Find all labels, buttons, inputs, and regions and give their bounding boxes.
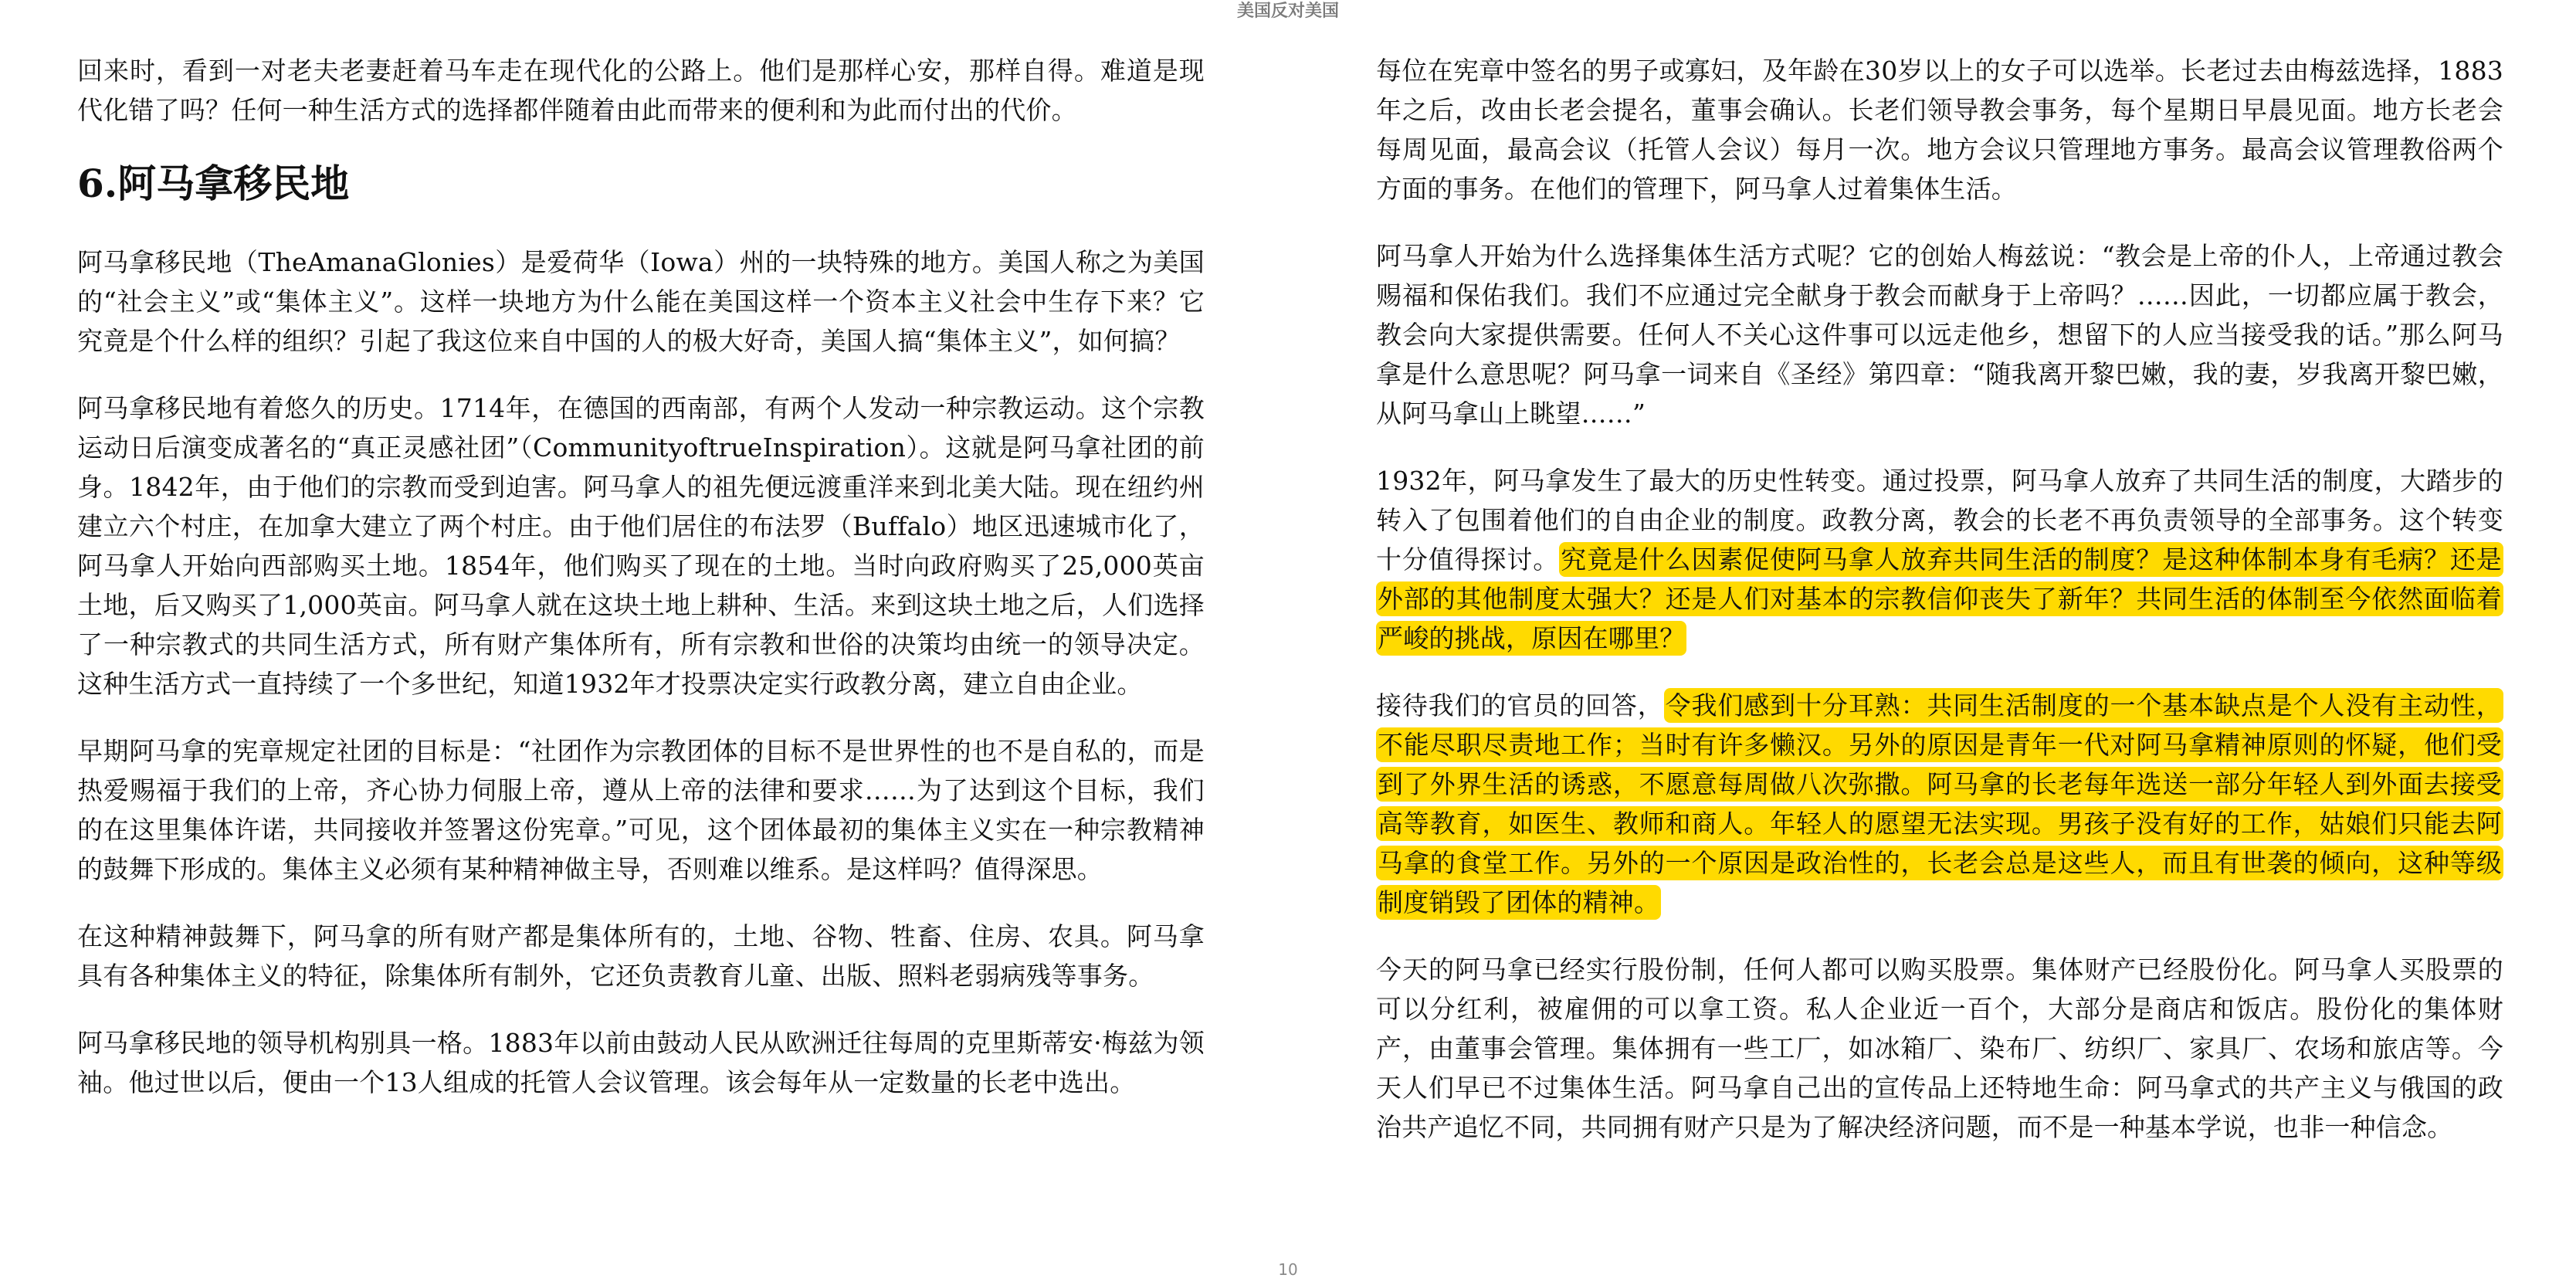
intro-paragraph: 回来时，看到一对老夫老妻赶着马车走在现代化的公路上。他们是那样心安，那样自得。难…: [77, 51, 1205, 130]
paragraph-text: 阿马拿人开始为什么选择集体生活方式呢？它的创始人梅兹说：“教会是上帝的仆人，上帝…: [1376, 241, 2503, 429]
paragraph-text: 每位在宪章中签名的男子或寡妇，及年龄在30岁以上的女子可以选举。长老过去由梅兹选…: [1376, 56, 2503, 204]
running-header: 美国反对美国: [0, 0, 2576, 23]
paragraph: 早期阿马拿的宪章规定社团的目标是：“社团作为宗教团体的目标不是世界性的也不是自私…: [77, 731, 1205, 889]
paragraph-text: 今天的阿马拿已经实行股份制，任何人都可以购买股票。集体财产已经股份化。阿马拿人买…: [1376, 954, 2503, 1142]
paragraph-text: 接待我们的官员的回答，: [1376, 690, 1664, 720]
paragraph: 每位在宪章中签名的男子或寡妇，及年龄在30岁以上的女子可以选举。长老过去由梅兹选…: [1376, 51, 2503, 209]
highlighted-text[interactable]: 令我们感到十分耳熟：共同生活制度的一个基本缺点是个人没有主动性，不能尽职尽责地工…: [1376, 688, 2503, 920]
paragraph: 阿马拿移民地的领导机构别具一格。1883年以前由鼓动人民从欧洲迁往每周的克里斯蒂…: [77, 1023, 1205, 1102]
paragraph: 1932年，阿马拿发生了最大的历史性转变。通过投票，阿马拿人放弃了共同生活的制度…: [1376, 461, 2503, 658]
paragraph: 阿马拿移民地有着悠久的历史。1714年，在德国的西南部，有两个人发动一种宗教运动…: [77, 388, 1205, 704]
page-number: 10: [0, 1260, 2576, 1279]
paragraph: 阿马拿移民地（TheAmanaGlonies）是爱荷华（Iowa）州的一块特殊的…: [77, 242, 1205, 361]
section-heading: 6.阿马拿移民地: [77, 159, 1205, 209]
paragraph: 接待我们的官员的回答，令我们感到十分耳熟：共同生活制度的一个基本缺点是个人没有主…: [1376, 686, 2503, 922]
paragraph: 今天的阿马拿已经实行股份制，任何人都可以购买股票。集体财产已经股份化。阿马拿人买…: [1376, 950, 2503, 1147]
right-page: 每位在宪章中签名的男子或寡妇，及年龄在30岁以上的女子可以选举。长老过去由梅兹选…: [1376, 51, 2503, 1175]
paragraph: 阿马拿人开始为什么选择集体生活方式呢？它的创始人梅兹说：“教会是上帝的仆人，上帝…: [1376, 236, 2503, 433]
paragraph: 在这种精神鼓舞下，阿马拿的所有财产都是集体所有的，土地、谷物、牲畜、住房、农具。…: [77, 917, 1205, 995]
left-page: 回来时，看到一对老夫老妻赶着马车走在现代化的公路上。他们是那样心安，那样自得。难…: [77, 51, 1205, 1130]
